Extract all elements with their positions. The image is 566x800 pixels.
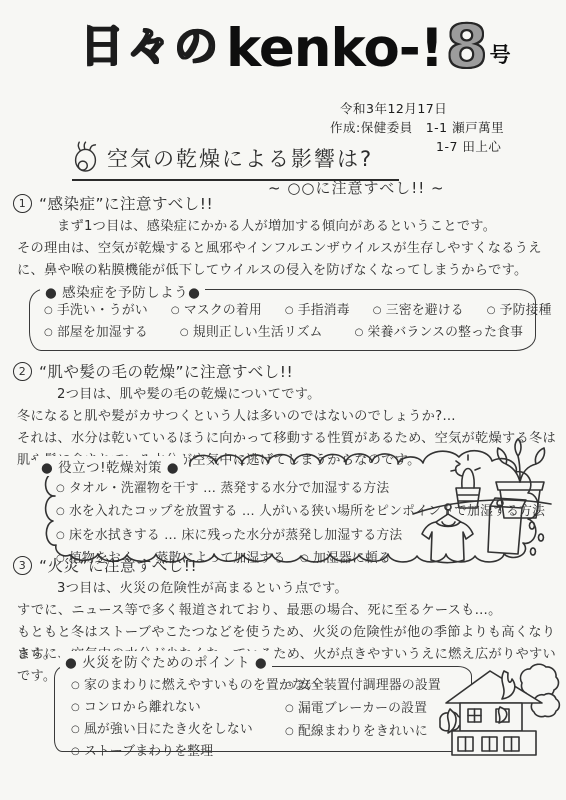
list-item: ○風が強い日にたき火をしない [71, 719, 318, 741]
infection-box-title: ● 感染症を予防しよう● [40, 281, 205, 301]
section-1-title-text: “感染症”に注意すべし!! [39, 192, 213, 214]
fire-box-title: ● 火災を防ぐためのポイント ● [60, 651, 272, 671]
section-2-title: 2 “肌や髪の毛の乾燥”に注意すべし!! [13, 360, 293, 382]
list-item-label: 栄養バランスの整った食事 [368, 325, 524, 340]
heading-text: 空気の乾燥による影響は? [107, 143, 373, 173]
section-3-title: 3 “火災”に注意すべし!! [13, 554, 197, 576]
face-doodle-icon [72, 141, 99, 174]
circle-bullet: ○ [285, 305, 294, 316]
section-1-paragraph: まず1つ目は、感染症にかかる人が増加する傾向があるということです。 [57, 216, 496, 238]
list-item-label: 部屋を加湿する [57, 325, 148, 340]
list-item: ○部屋を加湿する [44, 321, 148, 340]
list-item-label: 規則正しい生活リズム [193, 325, 323, 340]
section-3-paragraph: すでに、ニュース等で多く報道されており、最悪の場合、死に至るケースも…。 [17, 600, 502, 622]
list-item-label: 配線まわりをきれいに [298, 724, 428, 739]
dryness-box-title: ● 役立つ!乾燥対策 ● [36, 456, 184, 476]
main-heading: 空気の乾燥による影響は? [72, 141, 399, 181]
author-1: 1-1 瀬戸萬里 [426, 120, 504, 135]
circle-bullet: ○ [373, 305, 382, 316]
issue-date: 令和3年12月17日 [330, 99, 504, 118]
circle-bullet: ○ [180, 327, 189, 338]
list-item: ○床を水拭きする … 床に残った水分が蒸発し加湿する方法 [56, 524, 402, 543]
circle-bullet: ○ [56, 506, 65, 517]
section-2-paragraph: 2つ目は、肌や髪の毛の乾燥についてです。 [57, 384, 321, 406]
circle-bullet: ○ [285, 726, 294, 737]
prevention-row-1: ○手洗い・うがい ○マスクの着用 ○手指消毒 ○三密を避ける ○予防接種 [30, 299, 535, 318]
list-item: ○マスクの着用 [171, 299, 262, 318]
circle-bullet: ○ [285, 703, 294, 714]
list-item-label: 予防接種 [500, 303, 552, 318]
creator-row: 作成:保健委員1-1 瀬戸萬里 [330, 118, 504, 137]
newsletter-page: 日々の kenko-! 8 号 令和3年12月17日 作成:保健委員1-1 瀬戸… [0, 0, 566, 800]
list-item: ○予防接種 [487, 299, 552, 318]
section-2-title-text: “肌や髪の毛の乾燥”に注意すべし!! [39, 360, 293, 382]
burning-house-illustration [438, 655, 562, 759]
title-brand: kenko-! [226, 24, 443, 74]
circle-bullet: ○ [56, 530, 65, 541]
list-item-label: 床を水拭きする … 床に残った水分が蒸発し加湿する方法 [69, 528, 402, 543]
section-2-paragraph: 冬になると肌や髪がカサつくという人は多いのではないのでしょうか?… [17, 406, 456, 428]
author-2: 1-7 田上心 [436, 139, 501, 154]
list-item: ○タオル・洗濯物を干す … 蒸発する水分で加湿する方法 [56, 477, 389, 496]
list-item: ○手洗い・うがい [44, 299, 148, 318]
list-item: ○三密を避ける [373, 299, 464, 318]
list-item: ○家のまわりに燃えやすいものを置かない [71, 675, 318, 697]
circle-bullet: ○ [56, 483, 65, 494]
section-1-number: 1 [13, 194, 32, 213]
list-item: ○漏電ブレーカーの設置 [285, 698, 441, 721]
circle-bullet: ○ [300, 553, 309, 564]
circle-bullet: ○ [355, 327, 364, 338]
circle-bullet: ○ [171, 305, 180, 316]
list-item-label: 加湿器に頼る [313, 551, 391, 566]
section-3-number: 3 [13, 556, 32, 575]
circle-bullet: ○ [71, 746, 80, 757]
heading-note: ~ ○○に注意すべし!! ~ [268, 177, 445, 198]
list-item-label: 漏電ブレーカーの設置 [298, 701, 427, 716]
section-2-number: 2 [13, 362, 32, 381]
list-item-label: タオル・洗濯物を干す … 蒸発する水分で加湿する方法 [69, 481, 389, 496]
list-item: ○配線まわりをきれいに [285, 721, 441, 744]
circle-bullet: ○ [44, 305, 53, 316]
circle-bullet: ○ [71, 724, 80, 735]
list-item: ○加湿器に頼る [300, 547, 391, 566]
circle-bullet: ○ [44, 327, 53, 338]
list-item: ○規則正しい生活リズム [180, 321, 323, 340]
section-3-paragraph: 3つ目は、火災の危険性が高まるという点です。 [57, 578, 348, 600]
list-item-label: マスクの着用 [184, 303, 262, 318]
list-item-label: ストーブまわりを整理 [84, 744, 213, 759]
list-item: ○安全装置付調理器の設置 [285, 675, 441, 698]
laundry-line-illustration [412, 490, 552, 586]
list-item-label: 手指消毒 [298, 303, 350, 318]
newsletter-title: 日々の kenko-! 8 号 [80, 20, 511, 74]
list-item: ○手指消毒 [285, 299, 350, 318]
section-3-title-text: “火災”に注意すべし!! [39, 554, 197, 576]
list-item-label: 三密を避ける [386, 303, 464, 318]
list-item-label: コンロから離れない [84, 700, 201, 715]
list-item-label: 安全装置付調理器の設置 [298, 678, 441, 693]
prevention-row-2: ○部屋を加湿する ○規則正しい生活リズム ○栄養バランスの整った食事 [30, 321, 535, 340]
list-item: ○ストーブまわりを整理 [71, 741, 318, 763]
circle-bullet: ○ [487, 305, 496, 316]
fire-tips-right-column: ○安全装置付調理器の設置 ○漏電ブレーカーの設置 ○配線まわりをきれいに [285, 675, 441, 744]
title-prefix: 日々の [80, 25, 221, 69]
list-item-label: 手洗い・うがい [57, 303, 148, 318]
list-item-label: 家のまわりに燃えやすいものを置かない [84, 678, 318, 693]
circle-bullet: ○ [285, 680, 294, 691]
circle-bullet: ○ [71, 702, 80, 713]
list-item: ○コンロから離れない [71, 697, 318, 719]
fire-prevention-box: ○家のまわりに燃えやすいものを置かない ○コンロから離れない ○風が強い日にたき… [54, 666, 472, 752]
issue-suffix: 号 [490, 39, 511, 74]
section-1-paragraph: その理由は、空気が乾燥すると風邪やインフルエンザウイルスが生存しやすくなるうえに… [17, 238, 558, 282]
creator-label: 作成:保健委員 [330, 120, 413, 135]
section-1-title: 1 “感染症”に注意すべし!! [13, 192, 213, 214]
circle-bullet: ○ [71, 680, 80, 691]
list-item-label: 風が強い日にたき火をしない [84, 722, 253, 737]
issue-number: 8 [446, 20, 488, 74]
fire-tips-left-column: ○家のまわりに燃えやすいものを置かない ○コンロから離れない ○風が強い日にたき… [71, 675, 318, 763]
list-item: ○栄養バランスの整った食事 [355, 321, 524, 340]
